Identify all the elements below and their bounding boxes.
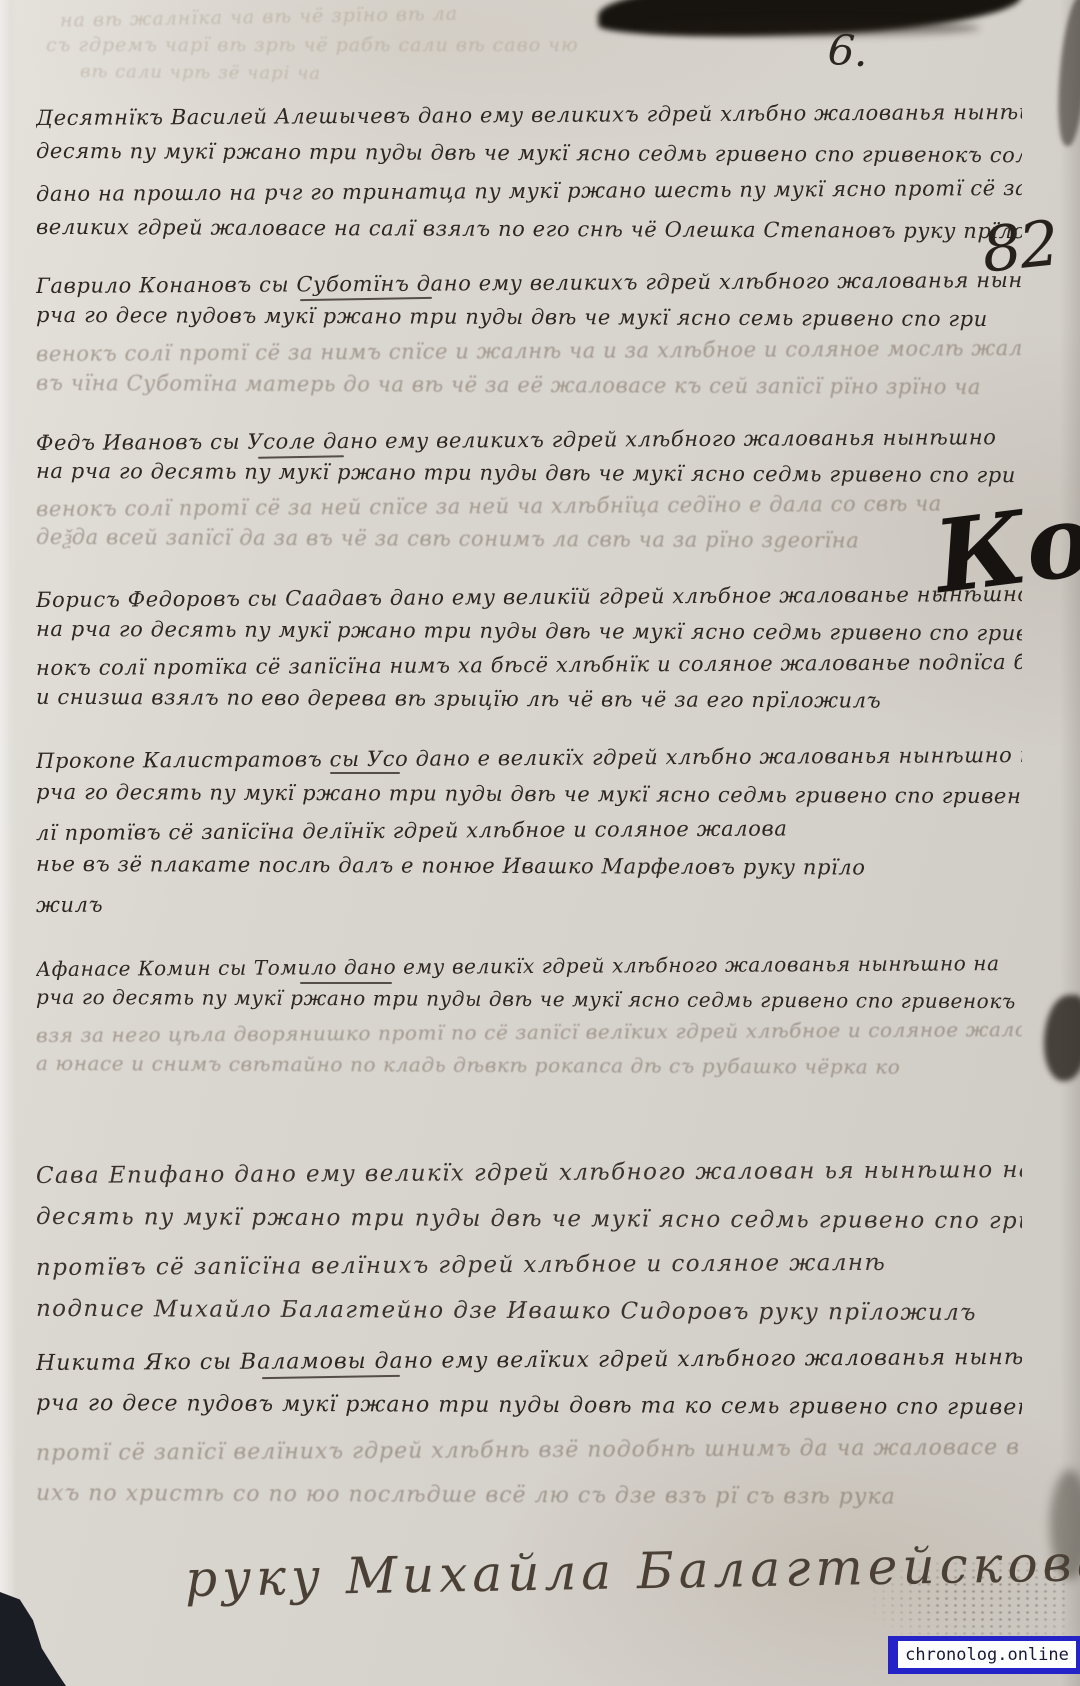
record-paragraph: Федъ Ивановъ сы Усоле дано ему великихъ …: [36, 424, 1022, 556]
manuscript-line: подписе Михайло Балагтейно дзе Ивашко Си…: [36, 1286, 1022, 1334]
page-number: 6.: [826, 25, 869, 77]
manuscript-line: взя за него цѣла дворянишко протї по сё …: [36, 1013, 1022, 1052]
manuscript-line: Никита Яко сы Валамовы дано ему велїких …: [36, 1338, 1022, 1386]
underline-mark: [330, 772, 400, 774]
watermark-inner: chronolog.online: [898, 1641, 1076, 1668]
record-paragraph: Гаврило Конановъ сы Суботїнъ дано ему ве…: [36, 266, 1022, 402]
record-paragraph: Сава Епифано дано ему великїх гдрей хлѣб…: [36, 1150, 1022, 1334]
manuscript-line: въ чїна Суботїна матерь до ча вѣ чё за е…: [36, 366, 1022, 402]
manuscript-line: на рча го десять пу мукї ржано три пуды …: [36, 455, 1022, 492]
manuscript-line: Гаврило Конановъ сы Суботїнъ дано ему ве…: [36, 266, 1022, 303]
manuscript-line: протї сё запїсї велїнихъ гдрей хлѣбнѣ вз…: [36, 1425, 1022, 1476]
manuscript-line: и снизша взялъ по ево дерева вѣ зрыцїю л…: [36, 680, 1022, 716]
bleedthrough-line: вѣ сали чрѣ зё чарі ча: [80, 61, 321, 84]
manuscript-line: протївъ сё запїсїна велїнихъ гдрей хлѣбн…: [36, 1239, 1022, 1291]
bleedthrough-line: съ гдремъ чарї вѣ зрѣ чё рабѣ сали вѣ са…: [46, 34, 579, 56]
manuscript-line: ихъ по христѣ со по юо послѣдше всё лю с…: [36, 1471, 1022, 1518]
record-paragraph: Борисъ Федоровъ сы Саадавъ дано ему вели…: [36, 580, 1022, 716]
watermark-text: chronolog.online: [905, 1645, 1069, 1665]
record-paragraph: Афанасе Комин сы Томило дано ему великїх…: [36, 950, 1022, 1082]
ink-blotch: [640, 20, 980, 36]
manuscript-line: Десятнїкъ Василей Алешычевъ дано ему вел…: [36, 96, 1022, 137]
edge-stain: [1044, 995, 1080, 1081]
manuscript-line: лї протївъ сё запїсїна делїнїк гдрей хлѣ…: [36, 809, 1022, 851]
bleedthrough-line: на вѣ жалнїка ча вѣ чё зрїно вѣ ла: [60, 3, 458, 32]
manuscript-line: жилъ: [36, 881, 1022, 920]
manuscript-line: рча го десе пудовъ мукї ржано три пуды д…: [36, 1381, 1022, 1430]
record-paragraph: Прокопе Калистратовъ сы Усо дано е велик…: [36, 740, 1022, 920]
record-paragraph: Никита Яко сы Валамовы дано ему велїких …: [36, 1338, 1022, 1518]
manuscript-line: великих гдрей жаловасе на салї взялъ по …: [36, 208, 1022, 248]
page-right-edge: [1060, 0, 1080, 1686]
record-paragraph: Десятнїкъ Василей Алешычевъ дано ему вел…: [36, 96, 1022, 248]
manuscript-line: десять пу мукї ржано три пуды двѣ че мук…: [36, 132, 1022, 174]
manuscript-line: а юнасе и снимъ свѣтайно по кладь дѣвкѣ …: [36, 1047, 1022, 1082]
manuscript-line: нокъ солї протїка сё запїсїна нимъ ха бѣ…: [36, 645, 1022, 685]
manuscript-line: рча го десять пу мукї ржано три пуды двѣ…: [36, 774, 1022, 814]
manuscript-line: венокъ солї протї сё за ней спїсе за ней…: [36, 487, 1022, 526]
manuscript-line: Прокопе Калистратовъ сы Усо дано е велик…: [36, 740, 1022, 779]
manuscript-line: деѯда всей запїсї да за въ чё за свѣ сон…: [36, 521, 1022, 556]
manuscript-line: на рча го десять пу мукї ржано три пуды …: [36, 612, 1022, 650]
manuscript-line: дано на прошло на рчг го тринатца пу мук…: [36, 169, 1022, 213]
manuscript-line: нье въ зё плакате послѣ далъ е понюе Ива…: [36, 846, 1022, 886]
manuscript-line: рча го десять пу мукї ржано три пуды двѣ…: [36, 981, 1022, 1018]
manuscript-line: венокъ солї протї сё за нимъ спїсе и жал…: [36, 331, 1022, 371]
watermark-box: chronolog.online: [888, 1636, 1080, 1674]
torn-corner: [0, 1592, 110, 1686]
manuscript-line: Сава Епифано дано ему великїх гдрей хлѣб…: [36, 1150, 1022, 1199]
manuscript-line: десять пу мукї ржано три пуды двѣ че мук…: [36, 1194, 1022, 1244]
underline-mark: [300, 982, 392, 984]
page-left-edge: [0, 0, 16, 1686]
manuscript-page: на вѣ жалнїка ча вѣ чё зрїно вѣ ла съ гд…: [0, 0, 1080, 1686]
manuscript-line: рча го десе пудовъ мукї ржано три пуды д…: [36, 298, 1022, 336]
manuscript-line: Борисъ Федоровъ сы Саадавъ дано ему вели…: [36, 580, 1022, 617]
